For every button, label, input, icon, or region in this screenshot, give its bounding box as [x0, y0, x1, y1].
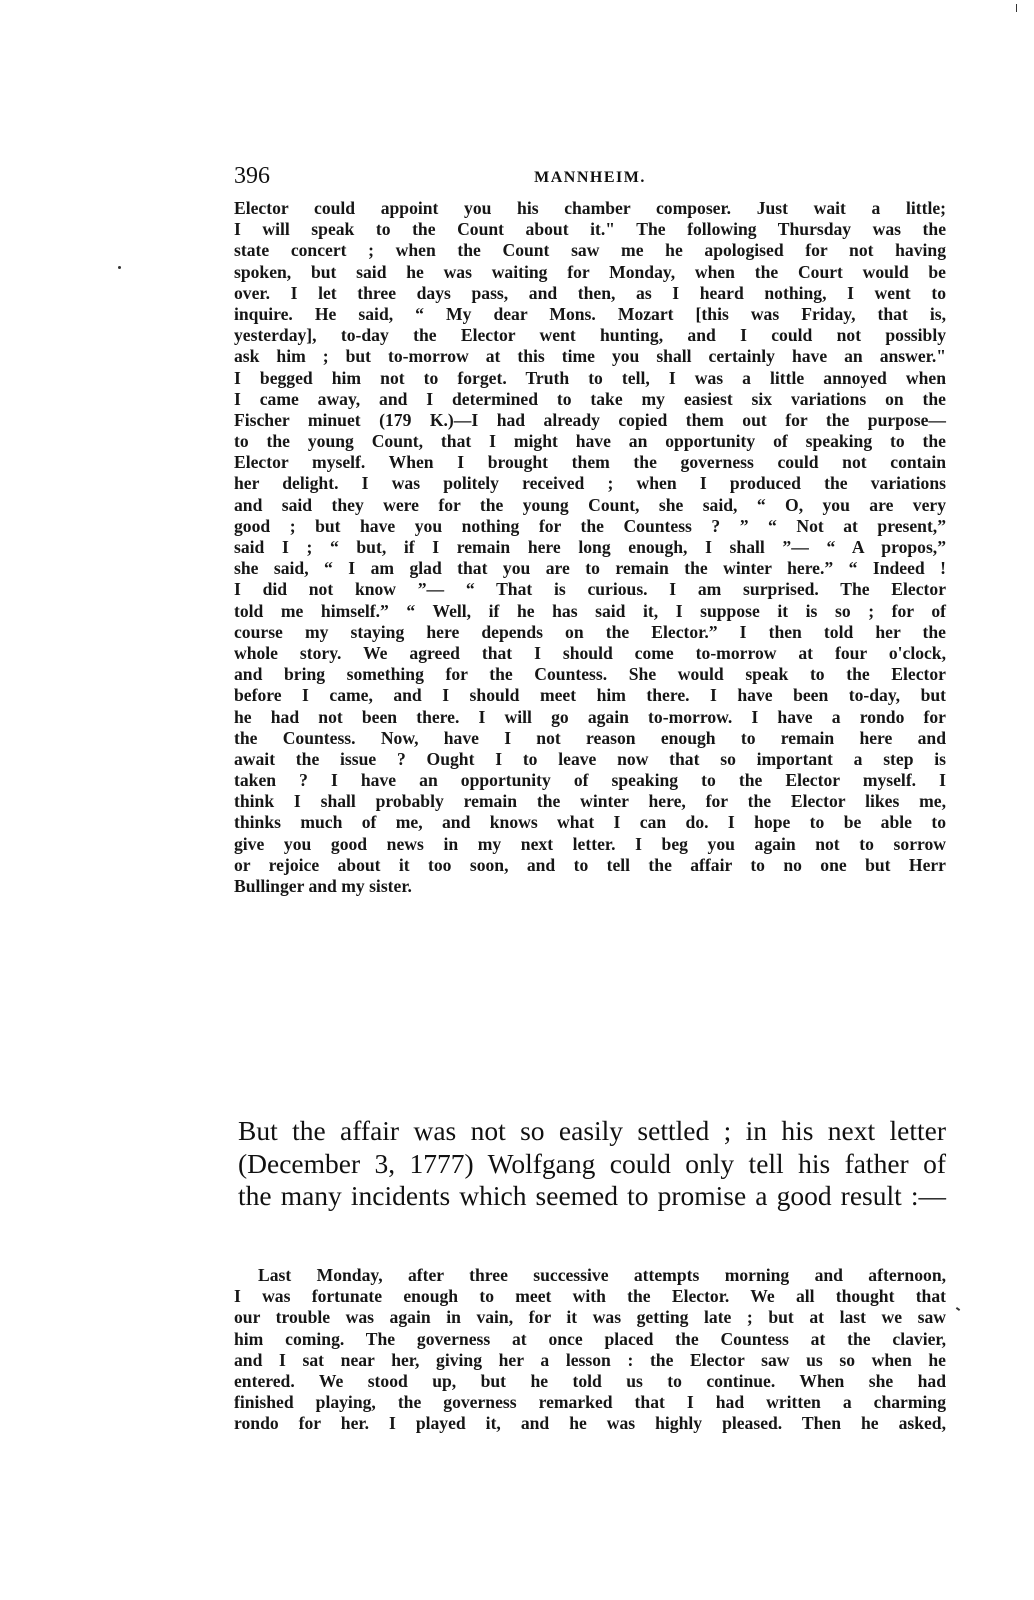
text-line: and bring something for the Countess. Sh…: [234, 664, 946, 685]
text-line: and I sat near her, giving her a lesson …: [234, 1350, 946, 1371]
text-line: over. I let three days pass, and then, a…: [234, 283, 946, 304]
text-line: Last Monday, after three successive atte…: [234, 1265, 946, 1286]
text-line: whole story. We agreed that I should com…: [234, 643, 946, 664]
running-title: MANNHEIM.: [234, 169, 946, 187]
text-line: ask him ; but to-morrow at this time you…: [234, 346, 946, 367]
text-line: I will speak to the Count about it." The…: [234, 219, 946, 240]
text-line: I begged him not to forget. Truth to tel…: [234, 368, 946, 389]
text-line: entered. We stood up, but he told us to …: [234, 1371, 946, 1392]
text-line: I came away, and I determined to take my…: [234, 389, 946, 410]
scan-speck: [118, 266, 121, 269]
scan-speck: [956, 1307, 960, 1311]
text-line: inquire. He said, “ My dear Mons. Mozart…: [234, 304, 946, 325]
text-line: or rejoice about it too soon, and to tel…: [234, 855, 946, 876]
text-line: state concert ; when the Count saw me he…: [234, 240, 946, 261]
text-line: Elector could appoint you his chamber co…: [234, 198, 946, 219]
text-line: finished playing, the governess remarked…: [234, 1392, 946, 1413]
text-line: before I came, and I should meet him the…: [234, 685, 946, 706]
text-line: she said, “ I am glad that you are to re…: [234, 558, 946, 579]
text-line: spoken, but said he was waiting for Mond…: [234, 262, 946, 283]
text-line: course my staying here depends on the El…: [234, 622, 946, 643]
text-line: Bullinger and my sister.: [234, 876, 946, 897]
text-line: But the affair was not so easily settled…: [238, 1115, 946, 1148]
text-line: await the issue ? Ought I to leave now t…: [234, 749, 946, 770]
text-line: him coming. The governess at once placed…: [234, 1329, 946, 1350]
text-line: told me himself.” “ Well, if he has said…: [234, 601, 946, 622]
text-line: I was fortunate enough to meet with the …: [234, 1286, 946, 1307]
text-line: her delight. I was politely received ; w…: [234, 473, 946, 494]
text-line: yesterday], to-day the Elector went hunt…: [234, 325, 946, 346]
running-head: 396 MANNHEIM.: [234, 163, 946, 193]
text-line: thinks much of me, and knows what I can …: [234, 812, 946, 833]
book-page: 396 MANNHEIM. Elector could appoint you …: [0, 0, 1034, 1600]
text-line: I did not know ”— “ That is curious. I a…: [234, 579, 946, 600]
text-line: and said they were for the young Count, …: [234, 495, 946, 516]
text-line: rondo for her. I played it, and he was h…: [234, 1413, 946, 1434]
text-line: taken ? I have an opportunity of speakin…: [234, 770, 946, 791]
text-line: to the young Count, that I might have an…: [234, 431, 946, 452]
scan-edge-mark: [1016, 4, 1017, 12]
text-line: the many incidents which seemed to promi…: [238, 1180, 946, 1213]
narrative-paragraph: But the affair was not so easily settled…: [238, 1115, 946, 1213]
text-line: (December 3, 1777) Wolfgang could only t…: [238, 1148, 946, 1181]
letter-quote-2: Last Monday, after three successive atte…: [234, 1265, 946, 1435]
text-line: our trouble was again in vain, for it wa…: [234, 1307, 946, 1328]
text-line: Fischer minuet (179 K.)—I had already co…: [234, 410, 946, 431]
text-line: give you good news in my next letter. I …: [234, 834, 946, 855]
text-line: think I shall probably remain the winter…: [234, 791, 946, 812]
letter-quote-1: Elector could appoint you his chamber co…: [234, 198, 946, 897]
text-line: he had not been there. I will go again t…: [234, 707, 946, 728]
text-line: said I ; “ but, if I remain here long en…: [234, 537, 946, 558]
text-line: good ; but have you nothing for the Coun…: [234, 516, 946, 537]
text-line: Elector myself. When I brought them the …: [234, 452, 946, 473]
text-line: the Countess. Now, have I not reason eno…: [234, 728, 946, 749]
